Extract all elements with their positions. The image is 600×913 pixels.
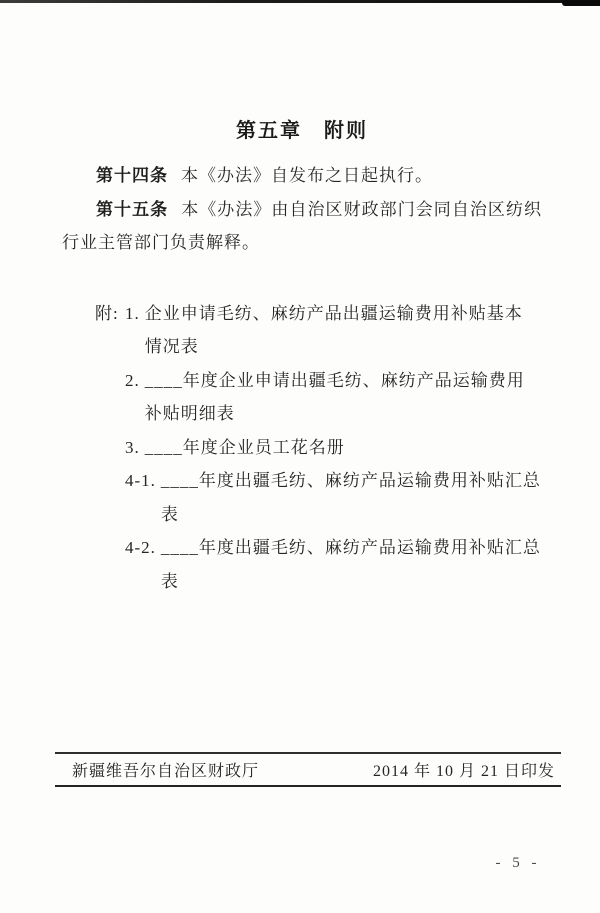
attachment-item: 3. ____年度企业员工花名册 bbox=[125, 431, 542, 465]
document-page: 第五章 附则 第十四条本《办法》自发布之日起执行。 第十五条本《办法》由自治区财… bbox=[0, 0, 600, 913]
article-14-label: 第十四条 bbox=[96, 166, 168, 185]
page-number: - 5 - bbox=[486, 855, 550, 872]
scan-artifact-line-end bbox=[562, 0, 600, 6]
attachment-item-number: 1. bbox=[125, 297, 140, 364]
document-footer: 新疆维吾尔自治区财政厅 2014 年 10 月 21 日印发 bbox=[55, 752, 561, 787]
attachments-section: 附: 1. 企业申请毛纺、麻纺产品出疆运输费用补贴基本情况表 2. ____年度… bbox=[95, 297, 542, 599]
scan-artifact-line bbox=[0, 0, 600, 3]
chapter-title: 第五章 附则 bbox=[62, 116, 542, 146]
attachment-item: 4-1. ____年度出疆毛纺、麻纺产品运输费用补贴汇总表 bbox=[125, 464, 542, 531]
attachment-item-number: 4-1. bbox=[125, 464, 156, 531]
attachments-list: 1. 企业申请毛纺、麻纺产品出疆运输费用补贴基本情况表 2. ____年度企业申… bbox=[125, 297, 542, 599]
attachment-item-number: 4-2. bbox=[125, 531, 156, 598]
document-body: 第五章 附则 第十四条本《办法》自发布之日起执行。 第十五条本《办法》由自治区财… bbox=[62, 116, 542, 598]
attachment-item-text: ____年度企业员工花名册 bbox=[145, 431, 537, 465]
footer-issuer: 新疆维吾尔自治区财政厅 bbox=[72, 758, 259, 781]
article-15: 第十五条本《办法》由自治区财政部门会同自治区纺织行业主管部门负责解释。 bbox=[62, 193, 542, 260]
attachment-item-text: 企业申请毛纺、麻纺产品出疆运输费用补贴基本情况表 bbox=[145, 297, 537, 364]
footer-print-date: 2014 年 10 月 21 日印发 bbox=[373, 758, 555, 781]
attachment-item: 2. ____年度企业申请出疆毛纺、麻纺产品运输费用补贴明细表 bbox=[125, 364, 542, 431]
attachment-item-text: ____年度出疆毛纺、麻纺产品运输费用补贴汇总表 bbox=[161, 531, 542, 598]
attachment-item-text: ____年度出疆毛纺、麻纺产品运输费用补贴汇总表 bbox=[161, 464, 542, 531]
article-14: 第十四条本《办法》自发布之日起执行。 bbox=[62, 159, 542, 193]
attachments-label: 附: bbox=[95, 297, 125, 599]
attachment-item-number: 3. bbox=[125, 431, 140, 465]
article-15-label: 第十五条 bbox=[96, 200, 168, 219]
attachment-item-number: 2. bbox=[125, 364, 140, 431]
attachment-item: 1. 企业申请毛纺、麻纺产品出疆运输费用补贴基本情况表 bbox=[125, 297, 542, 364]
attachment-item-text: ____年度企业申请出疆毛纺、麻纺产品运输费用补贴明细表 bbox=[145, 364, 537, 431]
article-14-text: 本《办法》自发布之日起执行。 bbox=[181, 166, 433, 185]
attachment-item: 4-2. ____年度出疆毛纺、麻纺产品运输费用补贴汇总表 bbox=[125, 531, 542, 598]
